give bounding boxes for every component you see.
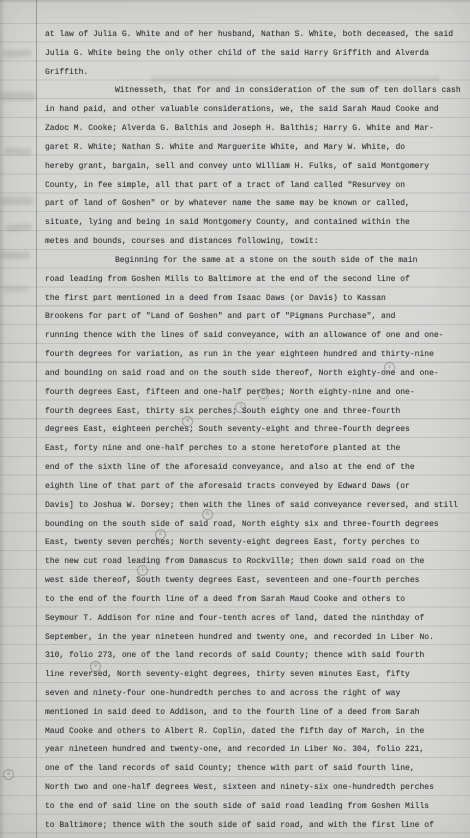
- document-line: East, forty nine and one-half perches to…: [45, 440, 465, 459]
- deed-document-page: at law of Julia G. White and of her husb…: [0, 0, 470, 838]
- document-line: to Baltimore; thence with the south side…: [45, 817, 465, 836]
- document-line: Witnesseth, that for and in consideratio…: [45, 82, 465, 101]
- course-number-annotation: 4: [182, 416, 193, 427]
- document-line: running thence with the lines of said co…: [45, 327, 465, 346]
- document-line: in hand paid, and other valuable conside…: [45, 101, 465, 120]
- document-line: East, twenty seven perches; North sevent…: [45, 534, 465, 553]
- document-line: bounding on the south side of said road,…: [45, 516, 465, 535]
- course-number-annotation: 8: [90, 661, 101, 672]
- document-line: the first part mentioned in a deed from …: [45, 290, 465, 309]
- document-line: at law of Julia G. White and of her husb…: [45, 26, 465, 45]
- course-number-annotation: 2: [258, 388, 269, 399]
- document-line: to the end of said line on the south sid…: [45, 798, 465, 817]
- document-line: 310, folio 273, one of the land records …: [45, 647, 465, 666]
- margin-rule-line: [36, 0, 37, 838]
- bleed-through-smudge: [4, 148, 32, 156]
- course-number-annotation: 3: [235, 402, 246, 413]
- document-line: Griffith.: [45, 64, 465, 83]
- bleed-through-smudge: [0, 92, 36, 101]
- document-line: situate, lying and being in said Montgom…: [45, 214, 465, 233]
- document-line: garet R. White; Nathan S. White and Marg…: [45, 139, 465, 158]
- bleed-through-smudge: [0, 197, 34, 205]
- document-line: hereby grant, bargain, sell and convey u…: [45, 158, 465, 177]
- document-line: fourth degrees East, thirty six perches;…: [45, 403, 465, 422]
- document-line: mentioned in said deed to Addison, and t…: [45, 704, 465, 723]
- course-number-annotation: 6: [155, 529, 166, 540]
- document-line: County, in fee simple, all that part of …: [45, 177, 465, 196]
- course-number-annotation: 7: [137, 565, 148, 576]
- document-line: North two and one-half degrees West, six…: [45, 779, 465, 798]
- document-line: Brookens for part of "Land of Goshen" an…: [45, 308, 465, 327]
- document-line: year nineteen hundred and twenty-one, an…: [45, 741, 465, 760]
- document-line: seven and ninety-four one-hundredth perc…: [45, 685, 465, 704]
- document-line: line reversed, North seventy-eight degre…: [45, 666, 465, 685]
- course-number-annotation: 5: [202, 509, 213, 520]
- document-line: Maud Cooke and others to Albert R. Copli…: [45, 723, 465, 742]
- document-line: fourth degrees for variation, as run in …: [45, 346, 465, 365]
- document-line: Davis] to Joshua W. Dorsey; then with th…: [45, 497, 465, 516]
- document-line: metes and bounds, courses and distances …: [45, 233, 465, 252]
- document-line: to the end of the fourth line of a deed …: [45, 591, 465, 610]
- bleed-through-smudge: [2, 49, 32, 57]
- document-line: degrees East, eighteen perches; South se…: [45, 421, 465, 440]
- document-line: fourth degrees East, fifteen and one-hal…: [45, 384, 465, 403]
- bleed-through-smudge: [0, 252, 30, 259]
- document-line: Zadoc M. Cooke; Alverda G. Balthis and J…: [45, 120, 465, 139]
- document-line: end of the sixth line of the aforesaid c…: [45, 459, 465, 478]
- document-line: part of land of Goshen" or by whatever n…: [45, 195, 465, 214]
- bleed-through-smudge: [6, 223, 32, 231]
- document-line: September, in the year nineteen hundred …: [45, 629, 465, 648]
- course-number-annotation: 9: [3, 769, 14, 780]
- document-line: eighth line of that part of the aforesai…: [45, 478, 465, 497]
- page-top-edge-shadow: [0, 0, 470, 3]
- document-line: Beginning for the same at a stone on the…: [45, 252, 465, 271]
- document-line: one of the land records of said County; …: [45, 760, 465, 779]
- document-line: west side thereof, South twenty degrees …: [45, 572, 465, 591]
- document-line: road leading from Goshen Mills to Baltim…: [45, 271, 465, 290]
- document-lines: at law of Julia G. White and of her husb…: [45, 26, 465, 836]
- bleed-through-smudge: [2, 286, 28, 292]
- document-line: and bounding on said road and on the sou…: [45, 365, 465, 384]
- page-left-edge-shadow: [0, 0, 5, 838]
- course-number-annotation: 1: [384, 362, 395, 373]
- document-line: Seymour T. Addison for nine and four-ten…: [45, 610, 465, 629]
- document-line: Julia G. White being the only other chil…: [45, 45, 465, 64]
- document-line: the new cut road leading from Damascus t…: [45, 553, 465, 572]
